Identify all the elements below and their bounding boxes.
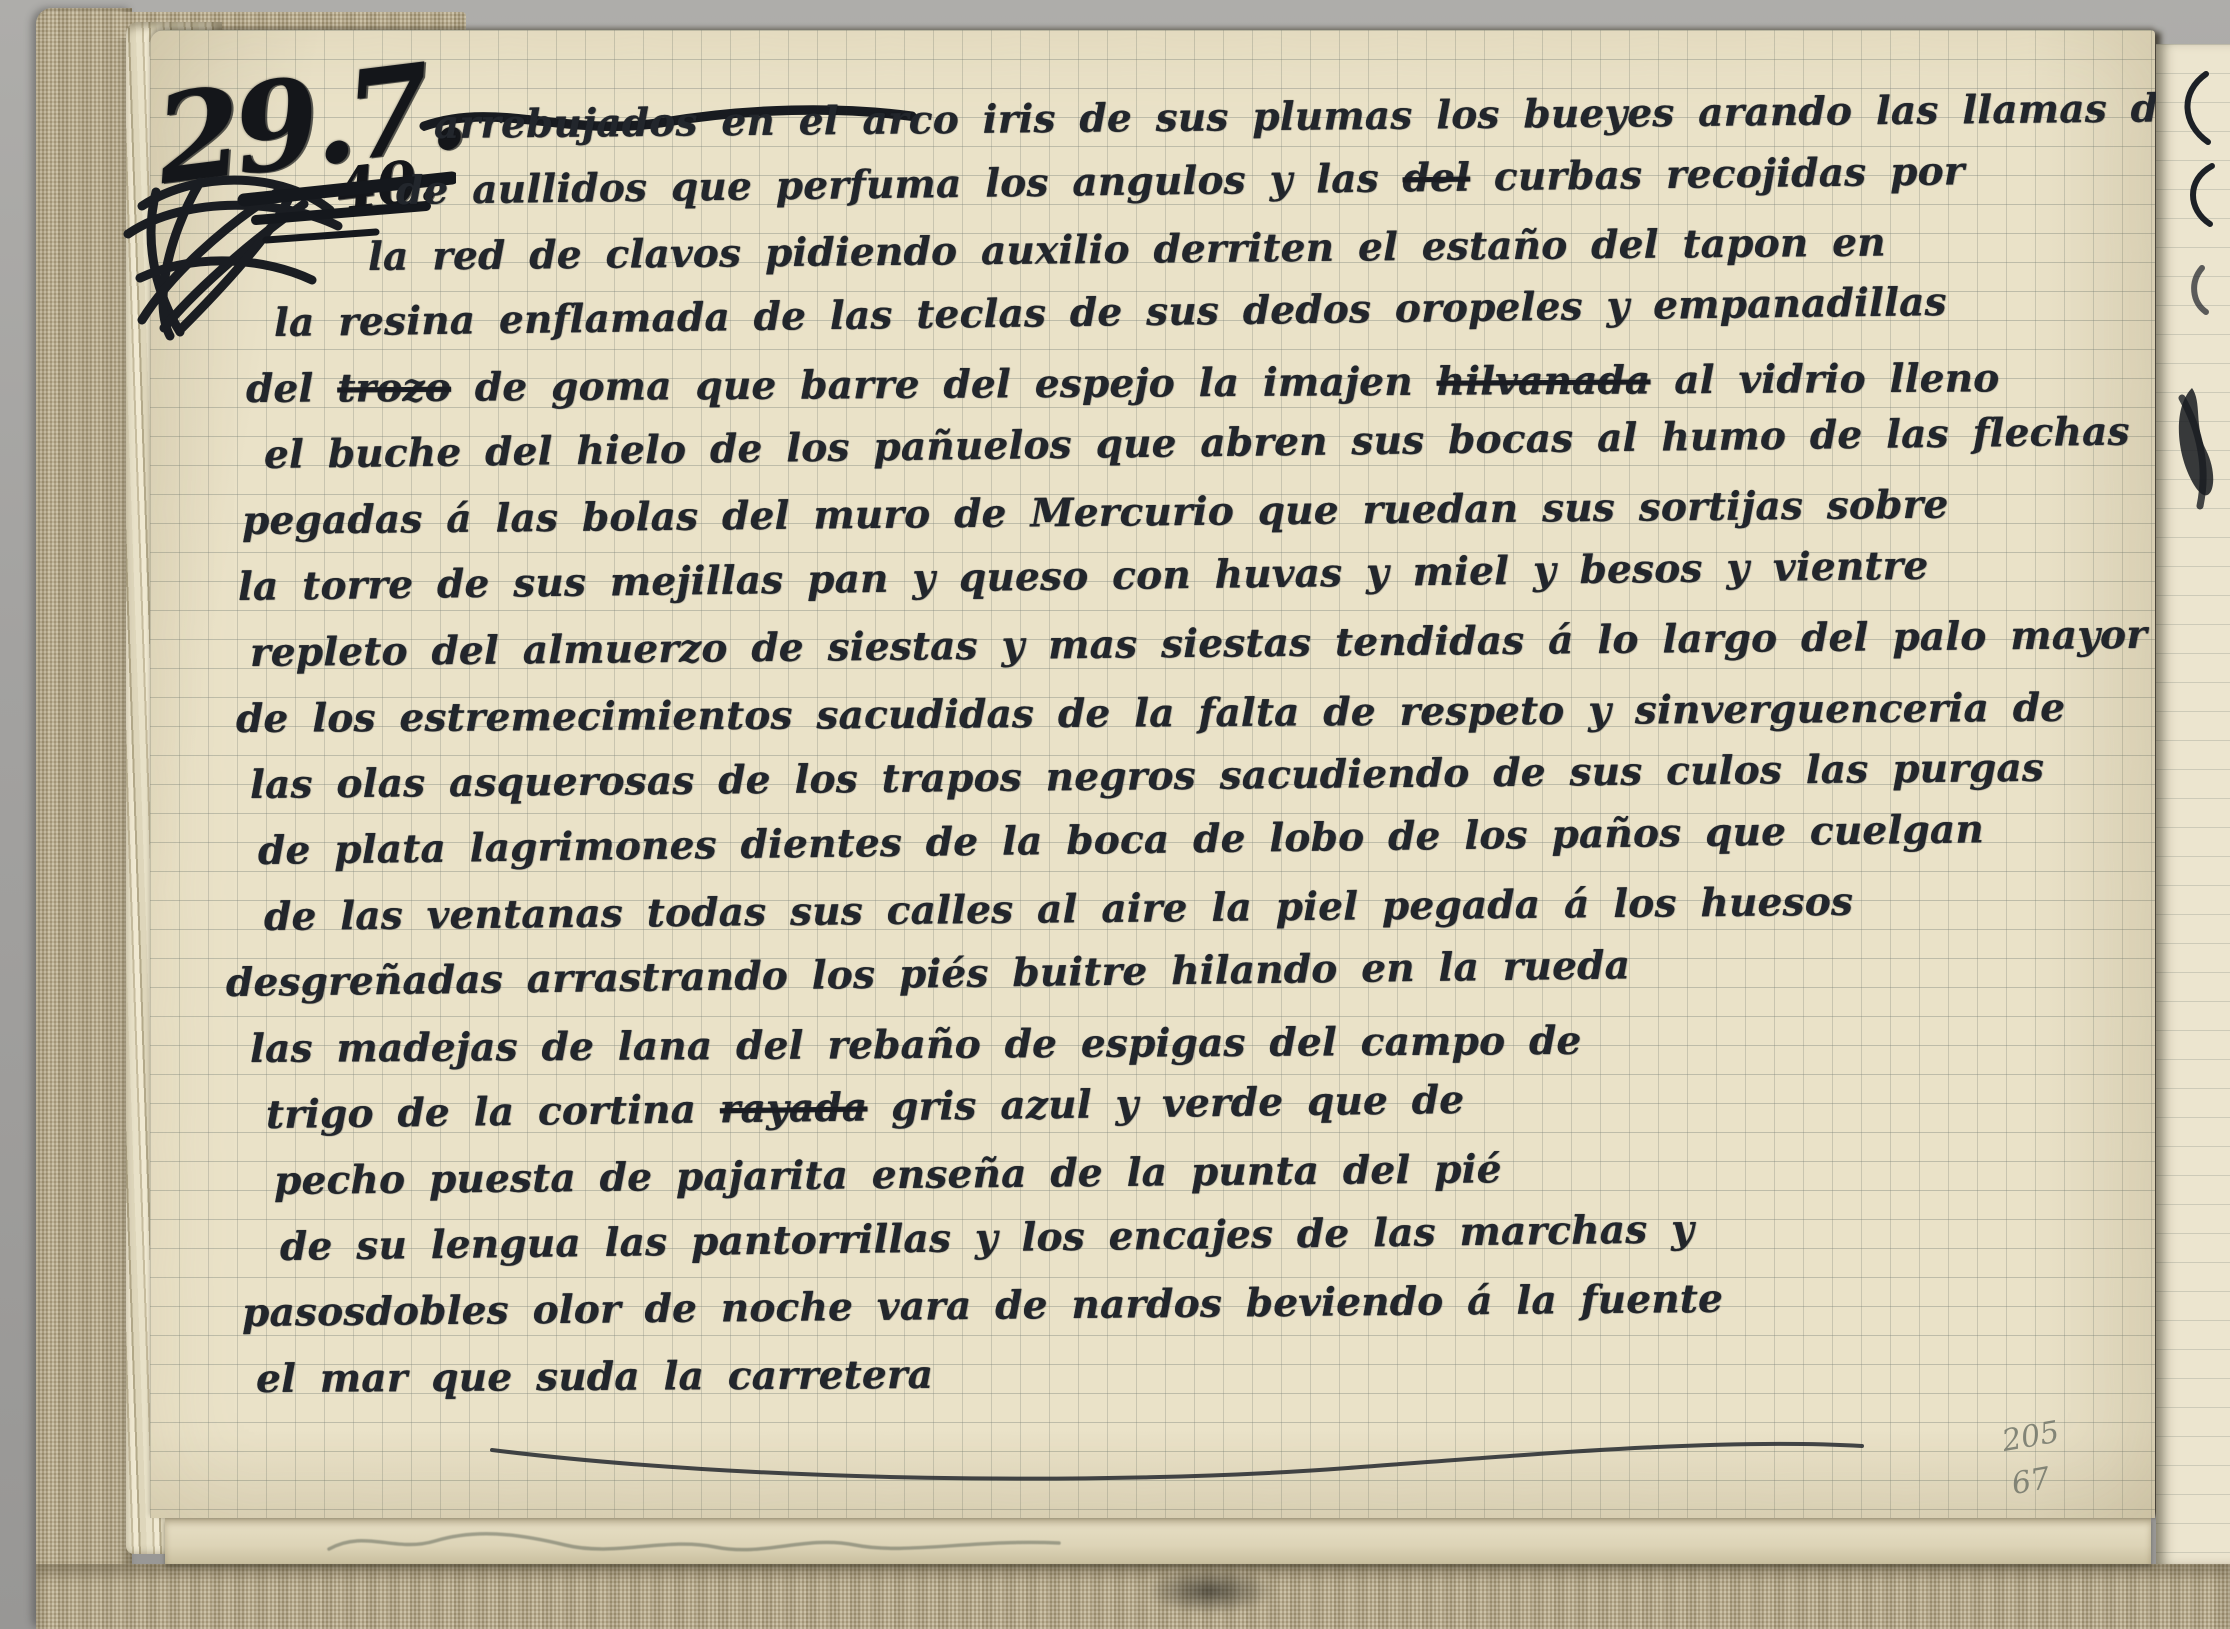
sliver-ink-marks: [2162, 58, 2224, 578]
page-number-lower: 67: [2010, 1461, 2070, 1500]
poem-line: el mar que suda la carretera: [256, 1334, 2155, 1412]
ink-smudge: [1145, 1568, 1275, 1614]
showthrough-handwriting-trace: [325, 1521, 1065, 1559]
notebook-page: 29.7. 40. arrebujados: [150, 30, 2155, 1518]
underlying-page-bottom-edge: [165, 1518, 2151, 1564]
photograph-scene: 29.7. 40. arrebujados: [0, 0, 2230, 1629]
ink-underline-bottom: [488, 1420, 1868, 1490]
page-number-upper: 205: [2000, 1418, 2062, 1457]
poem-lines: arrebujados en el arco iris de sus pluma…: [220, 92, 2155, 1412]
book-cover-bottom-edge: [36, 1564, 2230, 1629]
page-number-block: 205 67: [2000, 1418, 2069, 1501]
next-page-sliver: [2156, 44, 2230, 1564]
